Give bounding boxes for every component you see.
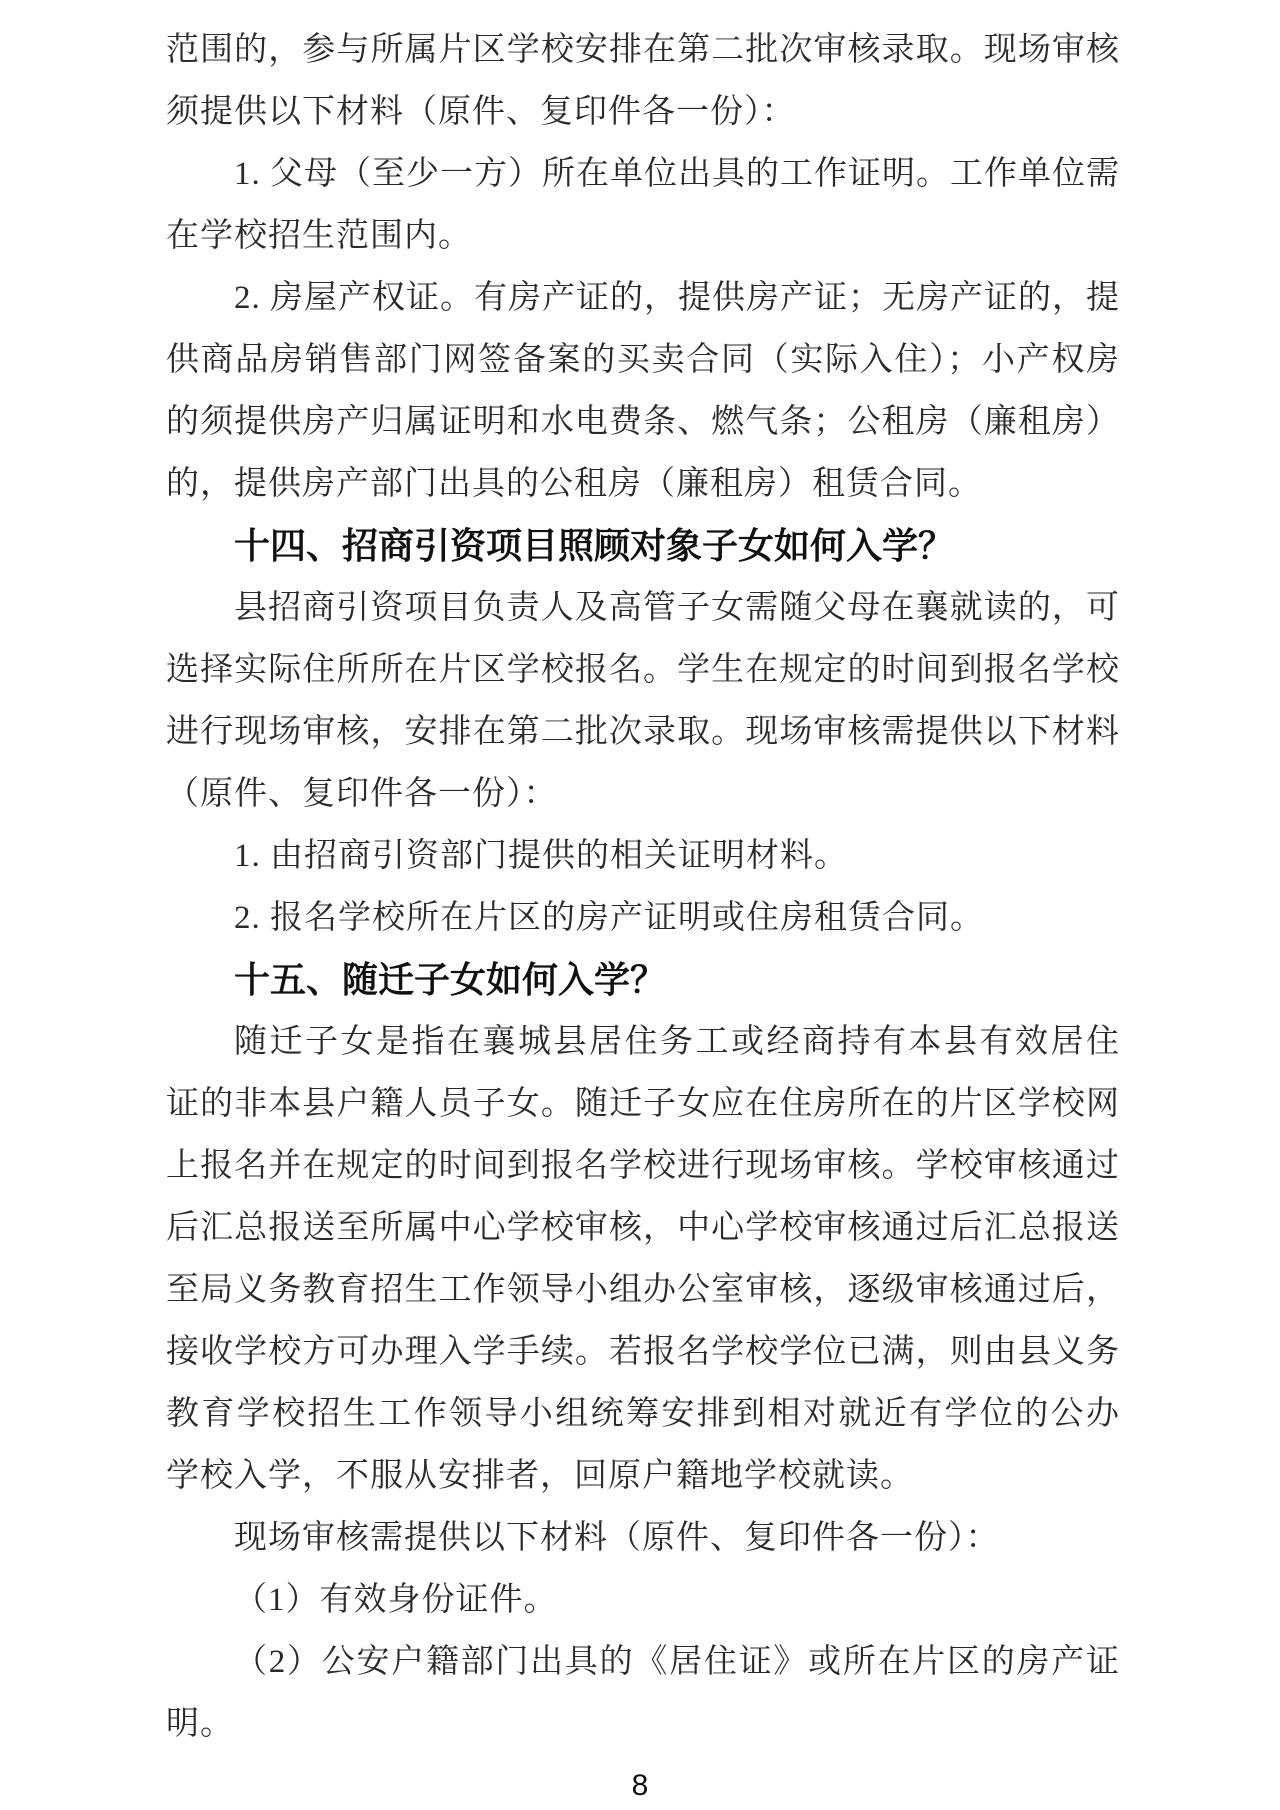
text-line: 学校入学，不服从安排者，回原户籍地学校就读。 <box>166 1445 1120 1507</box>
text-line: 选择实际住所所在片区学校报名。学生在规定的时间到报名学校 <box>166 639 1120 701</box>
text-line: 现场审核需提供以下材料（原件、复印件各一份）： <box>166 1507 1120 1569</box>
text-line: （1）有效身份证件。 <box>166 1569 1120 1631</box>
text-column: 范围的，参与所属片区学校安排在第二批次审核录取。现场审核 须提供以下材料（原件、… <box>166 19 1120 1755</box>
text-line: 随迁子女是指在襄城县居住务工或经商持有本县有效居住 <box>166 1011 1120 1073</box>
text-line: 证的非本县户籍人员子女。随迁子女应在住房所在的片区学校网 <box>166 1073 1120 1135</box>
text-line: 供商品房销售部门网签备案的买卖合同（实际入住）；小产权房 <box>166 329 1120 391</box>
text-line: 范围的，参与所属片区学校安排在第二批次审核录取。现场审核 <box>166 19 1120 81</box>
text-line: 上报名并在规定的时间到报名学校进行现场审核。学校审核通过 <box>166 1135 1120 1197</box>
section-heading-15: 十五、随迁子女如何入学？ <box>166 949 1120 1011</box>
text-line: 1. 父母（至少一方）所在单位出具的工作证明。工作单位需 <box>166 143 1120 205</box>
text-line: 县招商引资项目负责人及高管子女需随父母在襄就读的，可 <box>166 577 1120 639</box>
text-line: 须提供以下材料（原件、复印件各一份）： <box>166 81 1120 143</box>
text-line: 进行现场审核，安排在第二批次录取。现场审核需提供以下材料 <box>166 701 1120 763</box>
section-heading-14: 十四、招商引资项目照顾对象子女如何入学？ <box>166 515 1120 577</box>
text-line: 1. 由招商引资部门提供的相关证明材料。 <box>166 825 1120 887</box>
text-line: 教育学校招生工作领导小组统筹安排到相对就近有学位的公办 <box>166 1383 1120 1445</box>
text-line: （原件、复印件各一份）： <box>166 763 1120 825</box>
text-line: 的，提供房产部门出具的公租房（廉租房）租赁合同。 <box>166 453 1120 515</box>
text-line: 后汇总报送至所属中心学校审核，中心学校审核通过后汇总报送 <box>166 1197 1120 1259</box>
page-number: 8 <box>0 1766 1280 1806</box>
document-page: 范围的，参与所属片区学校安排在第二批次审核录取。现场审核 须提供以下材料（原件、… <box>0 0 1280 1810</box>
text-line: 接收学校方可办理入学手续。若报名学校学位已满，则由县义务 <box>166 1321 1120 1383</box>
text-line: 至局义务教育招生工作领导小组办公室审核，逐级审核通过后， <box>166 1259 1120 1321</box>
text-line: 在学校招生范围内。 <box>166 205 1120 267</box>
text-line: 明。 <box>166 1693 1120 1755</box>
text-line: 2. 报名学校所在片区的房产证明或住房租赁合同。 <box>166 887 1120 949</box>
text-line: （2）公安户籍部门出具的《居住证》或所在片区的房产证 <box>166 1631 1120 1693</box>
text-line: 的须提供房产归属证明和水电费条、燃气条；公租房（廉租房） <box>166 391 1120 453</box>
text-line: 2. 房屋产权证。有房产证的，提供房产证；无房产证的，提 <box>166 267 1120 329</box>
